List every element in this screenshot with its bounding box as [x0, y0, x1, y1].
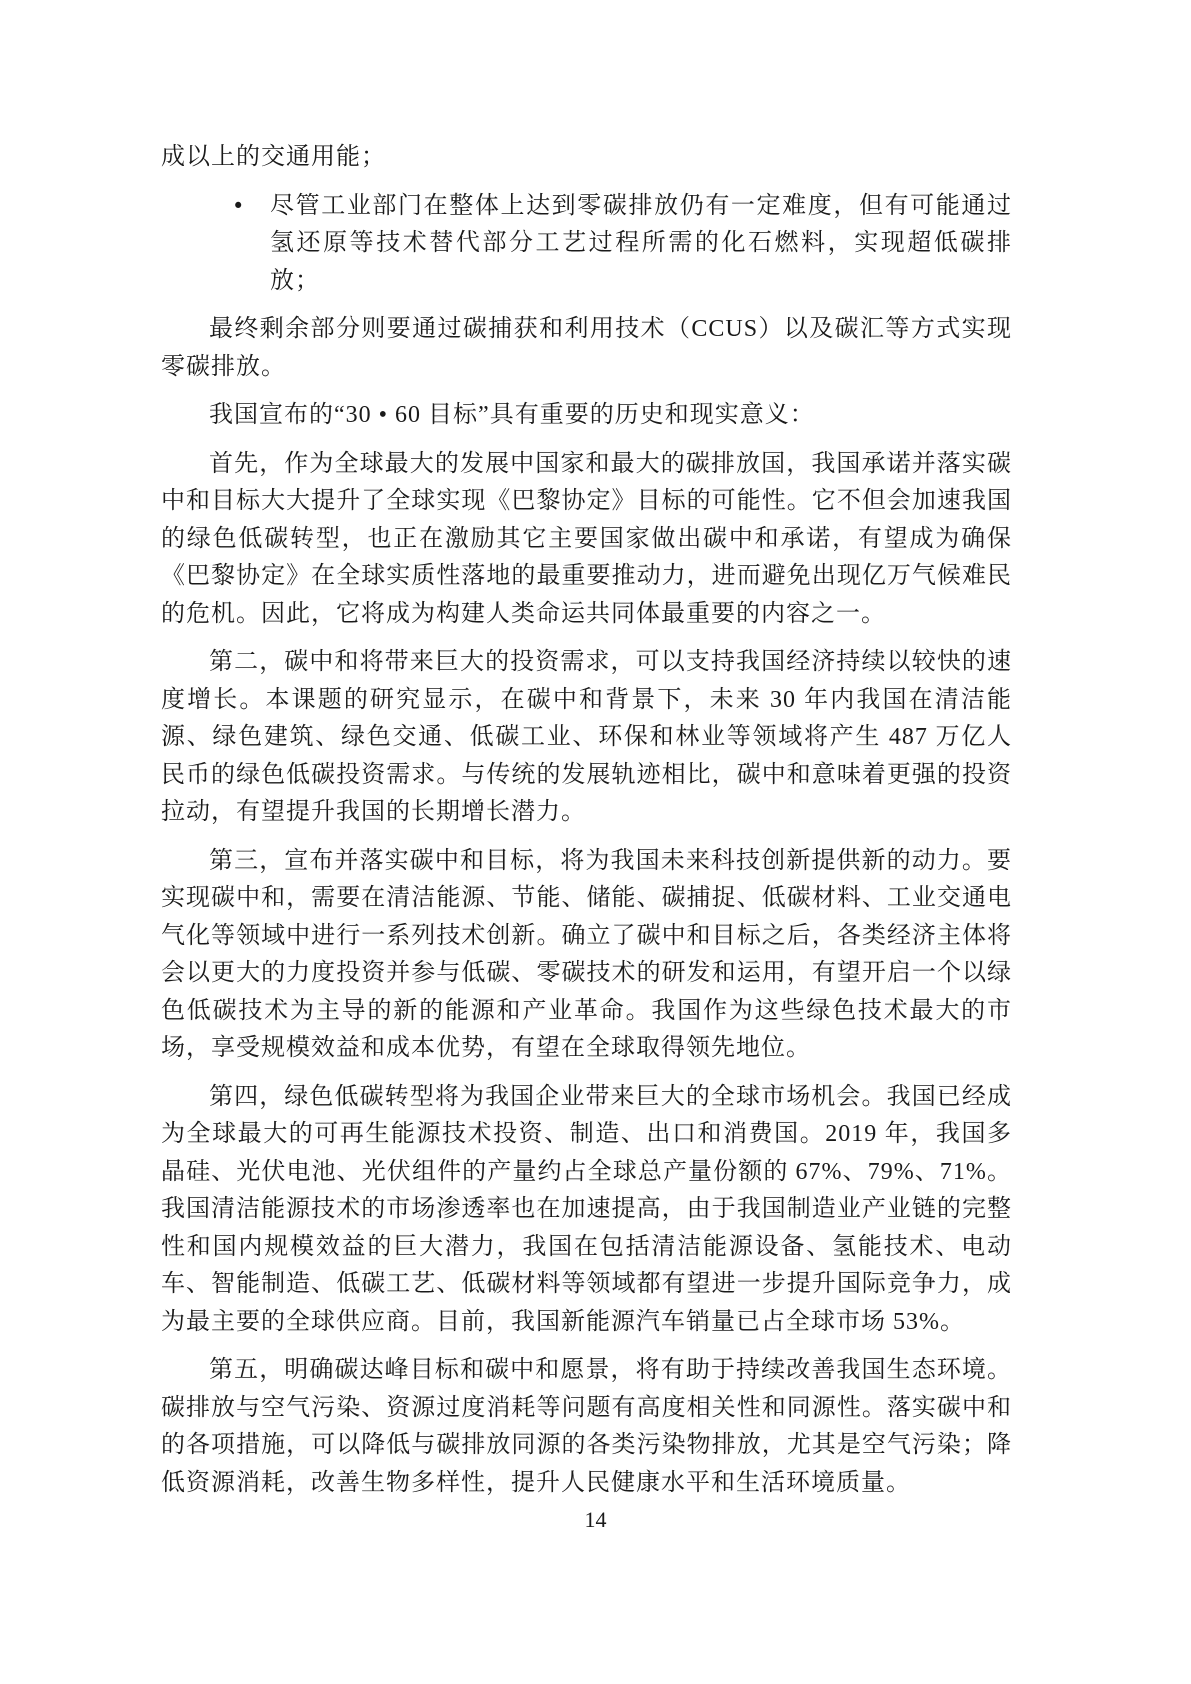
- para-point-second-investment-demand: 第二，碳中和将带来巨大的投资需求，可以支持我国经济持续以较快的速度增长。本课题的…: [161, 644, 1012, 832]
- para-point-fourth-global-market: 第四，绿色低碳转型将为我国企业带来巨大的全球市场机会。我国已经成为全球最大的可再…: [161, 1079, 1012, 1342]
- document-page: 成以上的交通用能； • 尽管工业部门在整体上达到零碳排放仍有一定难度，但有可能通…: [0, 0, 1191, 1684]
- page-body-text: 成以上的交通用能； • 尽管工业部门在整体上达到零碳排放仍有一定难度，但有可能通…: [161, 139, 1012, 1502]
- para-point-first-paris-agreement: 首先，作为全球最大的发展中国家和最大的碳排放国，我国承诺并落实碳中和目标大大提升…: [161, 446, 1012, 634]
- bullet-icon: •: [232, 188, 256, 226]
- bullet-item-continuation-line: 成以上的交通用能；: [161, 139, 1012, 177]
- para-point-third-tech-innovation: 第三，宣布并落实碳中和目标，将为我国未来科技创新提供新的动力。要实现碳中和，需要…: [161, 843, 1012, 1068]
- para-30-60-goal-intro: 我国宣布的“30 • 60 目标”具有重要的历史和现实意义：: [161, 397, 1012, 435]
- bullet-list-item: • 尽管工业部门在整体上达到零碳排放仍有一定难度，但有可能通过氢还原等技术替代部…: [270, 188, 1012, 301]
- para-remaining-emissions-ccus: 最终剩余部分则要通过碳捕获和利用技术（CCUS）以及碳汇等方式实现零碳排放。: [161, 311, 1012, 386]
- para-point-fifth-eco-environment: 第五，明确碳达峰目标和碳中和愿景，将有助于持续改善我国生态环境。碳排放与空气污染…: [161, 1352, 1012, 1502]
- bullet-item-text: 尽管工业部门在整体上达到零碳排放仍有一定难度，但有可能通过氢还原等技术替代部分工…: [270, 188, 1012, 301]
- page-number: 14: [0, 1506, 1191, 1534]
